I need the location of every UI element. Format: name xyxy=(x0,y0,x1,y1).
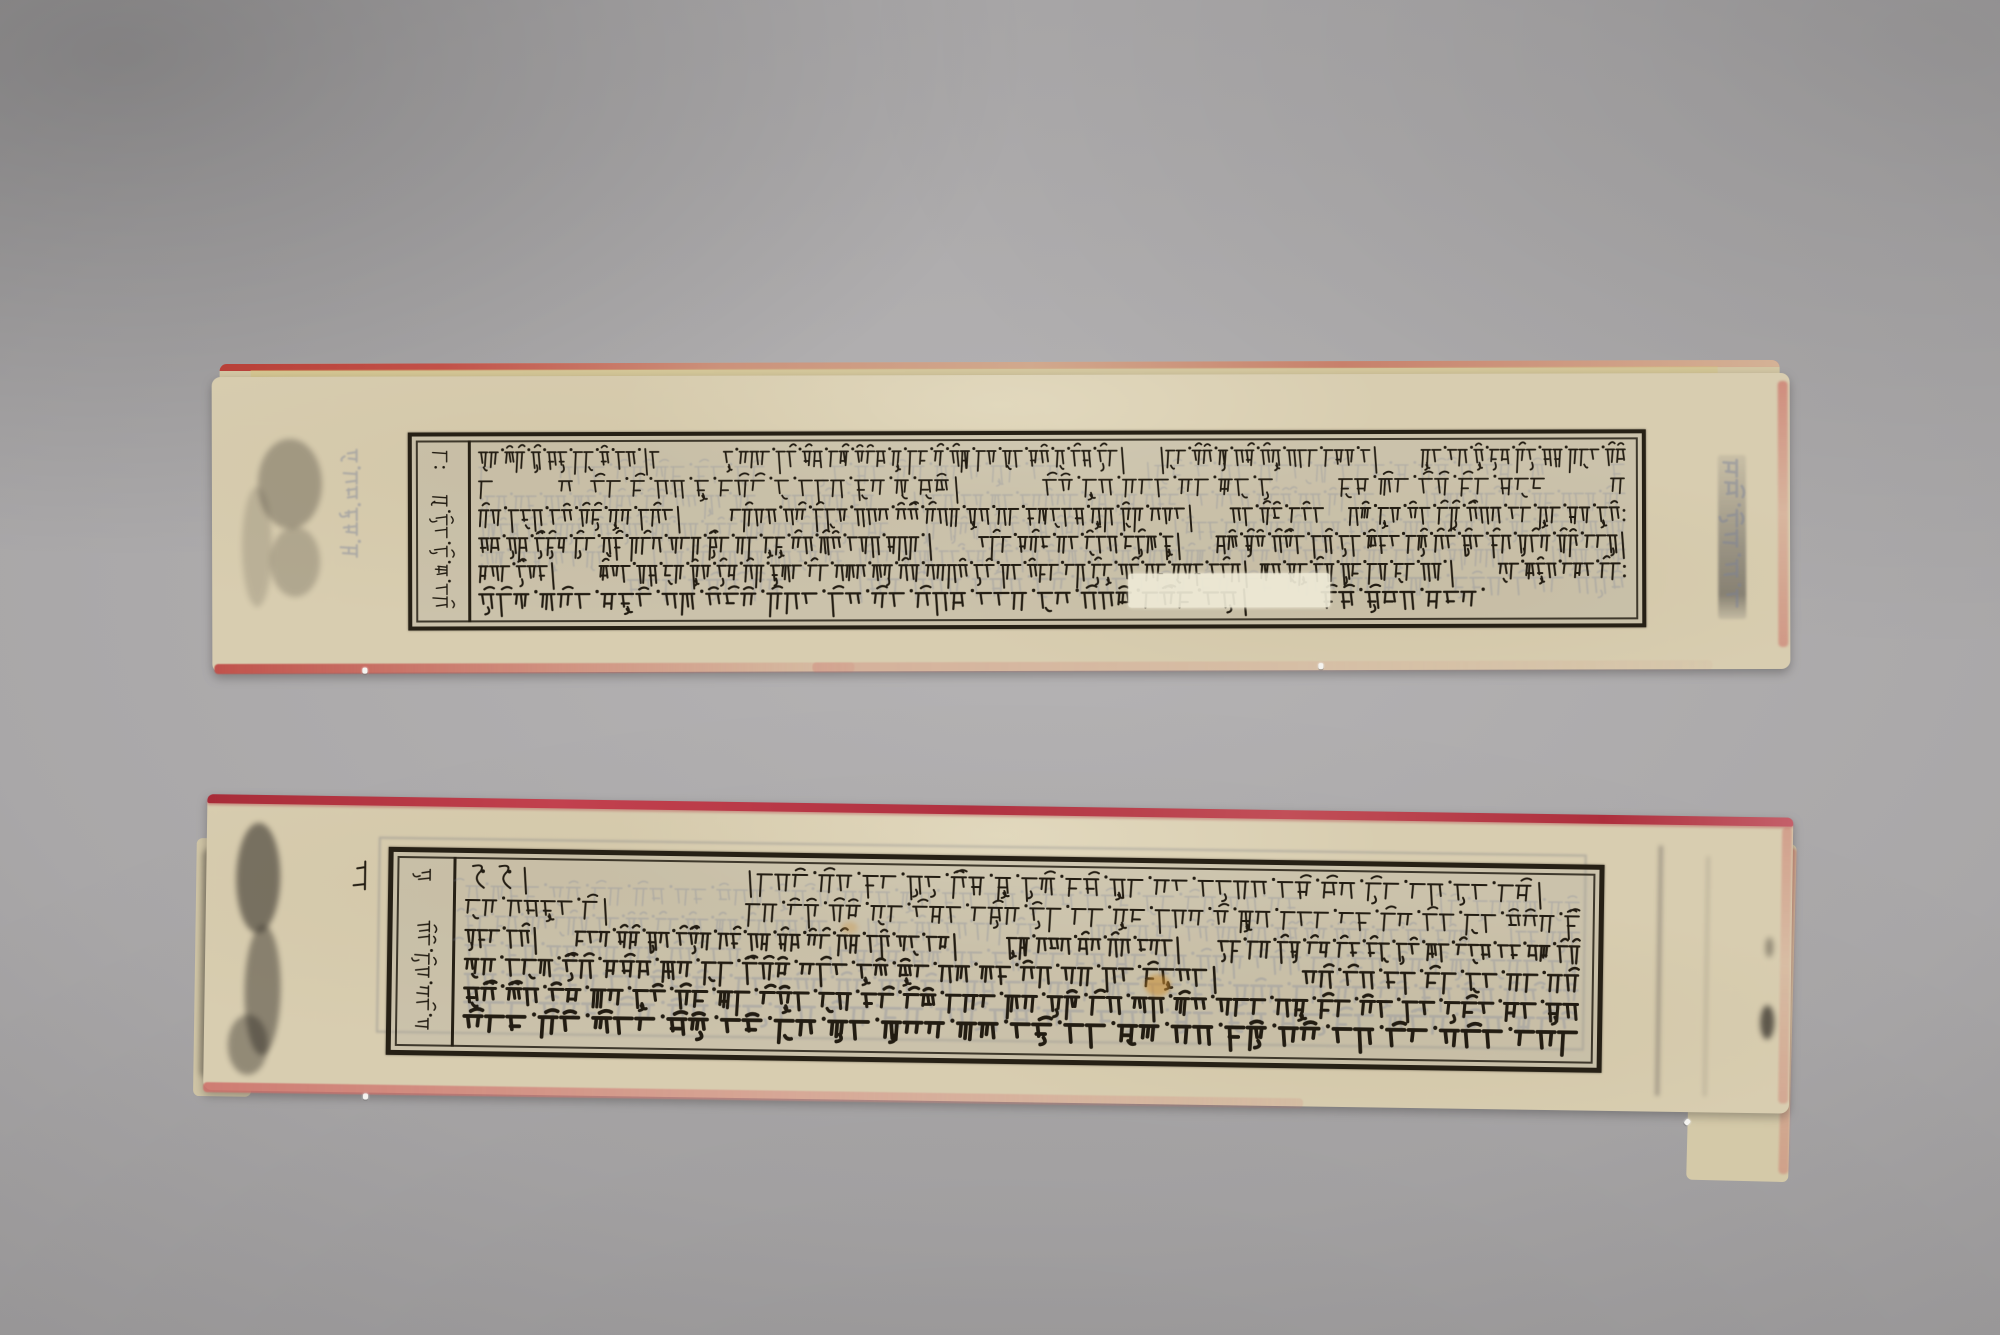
ghost-offset-text xyxy=(1720,459,1744,609)
text-block xyxy=(463,861,1582,1060)
ink-smudge xyxy=(235,823,281,934)
margin-column xyxy=(416,440,471,622)
ink-smudge xyxy=(242,487,272,607)
binding-pin xyxy=(1318,663,1323,669)
ink-smudge xyxy=(270,527,320,597)
script-line xyxy=(478,469,1626,502)
fold-streak xyxy=(1703,856,1710,1096)
red-dyed-edge xyxy=(207,794,1793,827)
top-folio-leaf xyxy=(212,373,1791,673)
ink-blot xyxy=(1765,937,1773,957)
text-frame xyxy=(386,847,1605,1073)
margin-column xyxy=(395,856,457,1047)
fold-streak xyxy=(1655,846,1663,1096)
faded-pink-edge xyxy=(203,1082,1303,1108)
text-frame xyxy=(408,429,1647,630)
binding-pin xyxy=(362,668,367,674)
folio-number-mark xyxy=(348,860,373,894)
top-folio xyxy=(212,360,1791,676)
script-line xyxy=(478,440,1626,473)
amber-stain xyxy=(1145,974,1171,996)
amber-stain xyxy=(841,922,857,934)
bottom-folio xyxy=(203,794,1800,1153)
photograph xyxy=(0,0,2000,1335)
red-dyed-edge xyxy=(1778,381,1789,647)
binding-pin xyxy=(363,1093,368,1099)
margin-title-vertical xyxy=(430,450,454,608)
ghost-offset-text xyxy=(340,449,364,559)
text-block xyxy=(478,440,1626,619)
margin-title-vertical xyxy=(411,868,437,1030)
ink-blot xyxy=(1760,1005,1775,1039)
correction-patch xyxy=(1128,573,1330,608)
bottom-folio-leaf xyxy=(203,794,1793,1113)
script-line xyxy=(478,582,1626,615)
faded-pink-edge xyxy=(812,660,1712,672)
red-dyed-edge xyxy=(214,662,854,674)
ink-smudge xyxy=(227,1014,268,1075)
